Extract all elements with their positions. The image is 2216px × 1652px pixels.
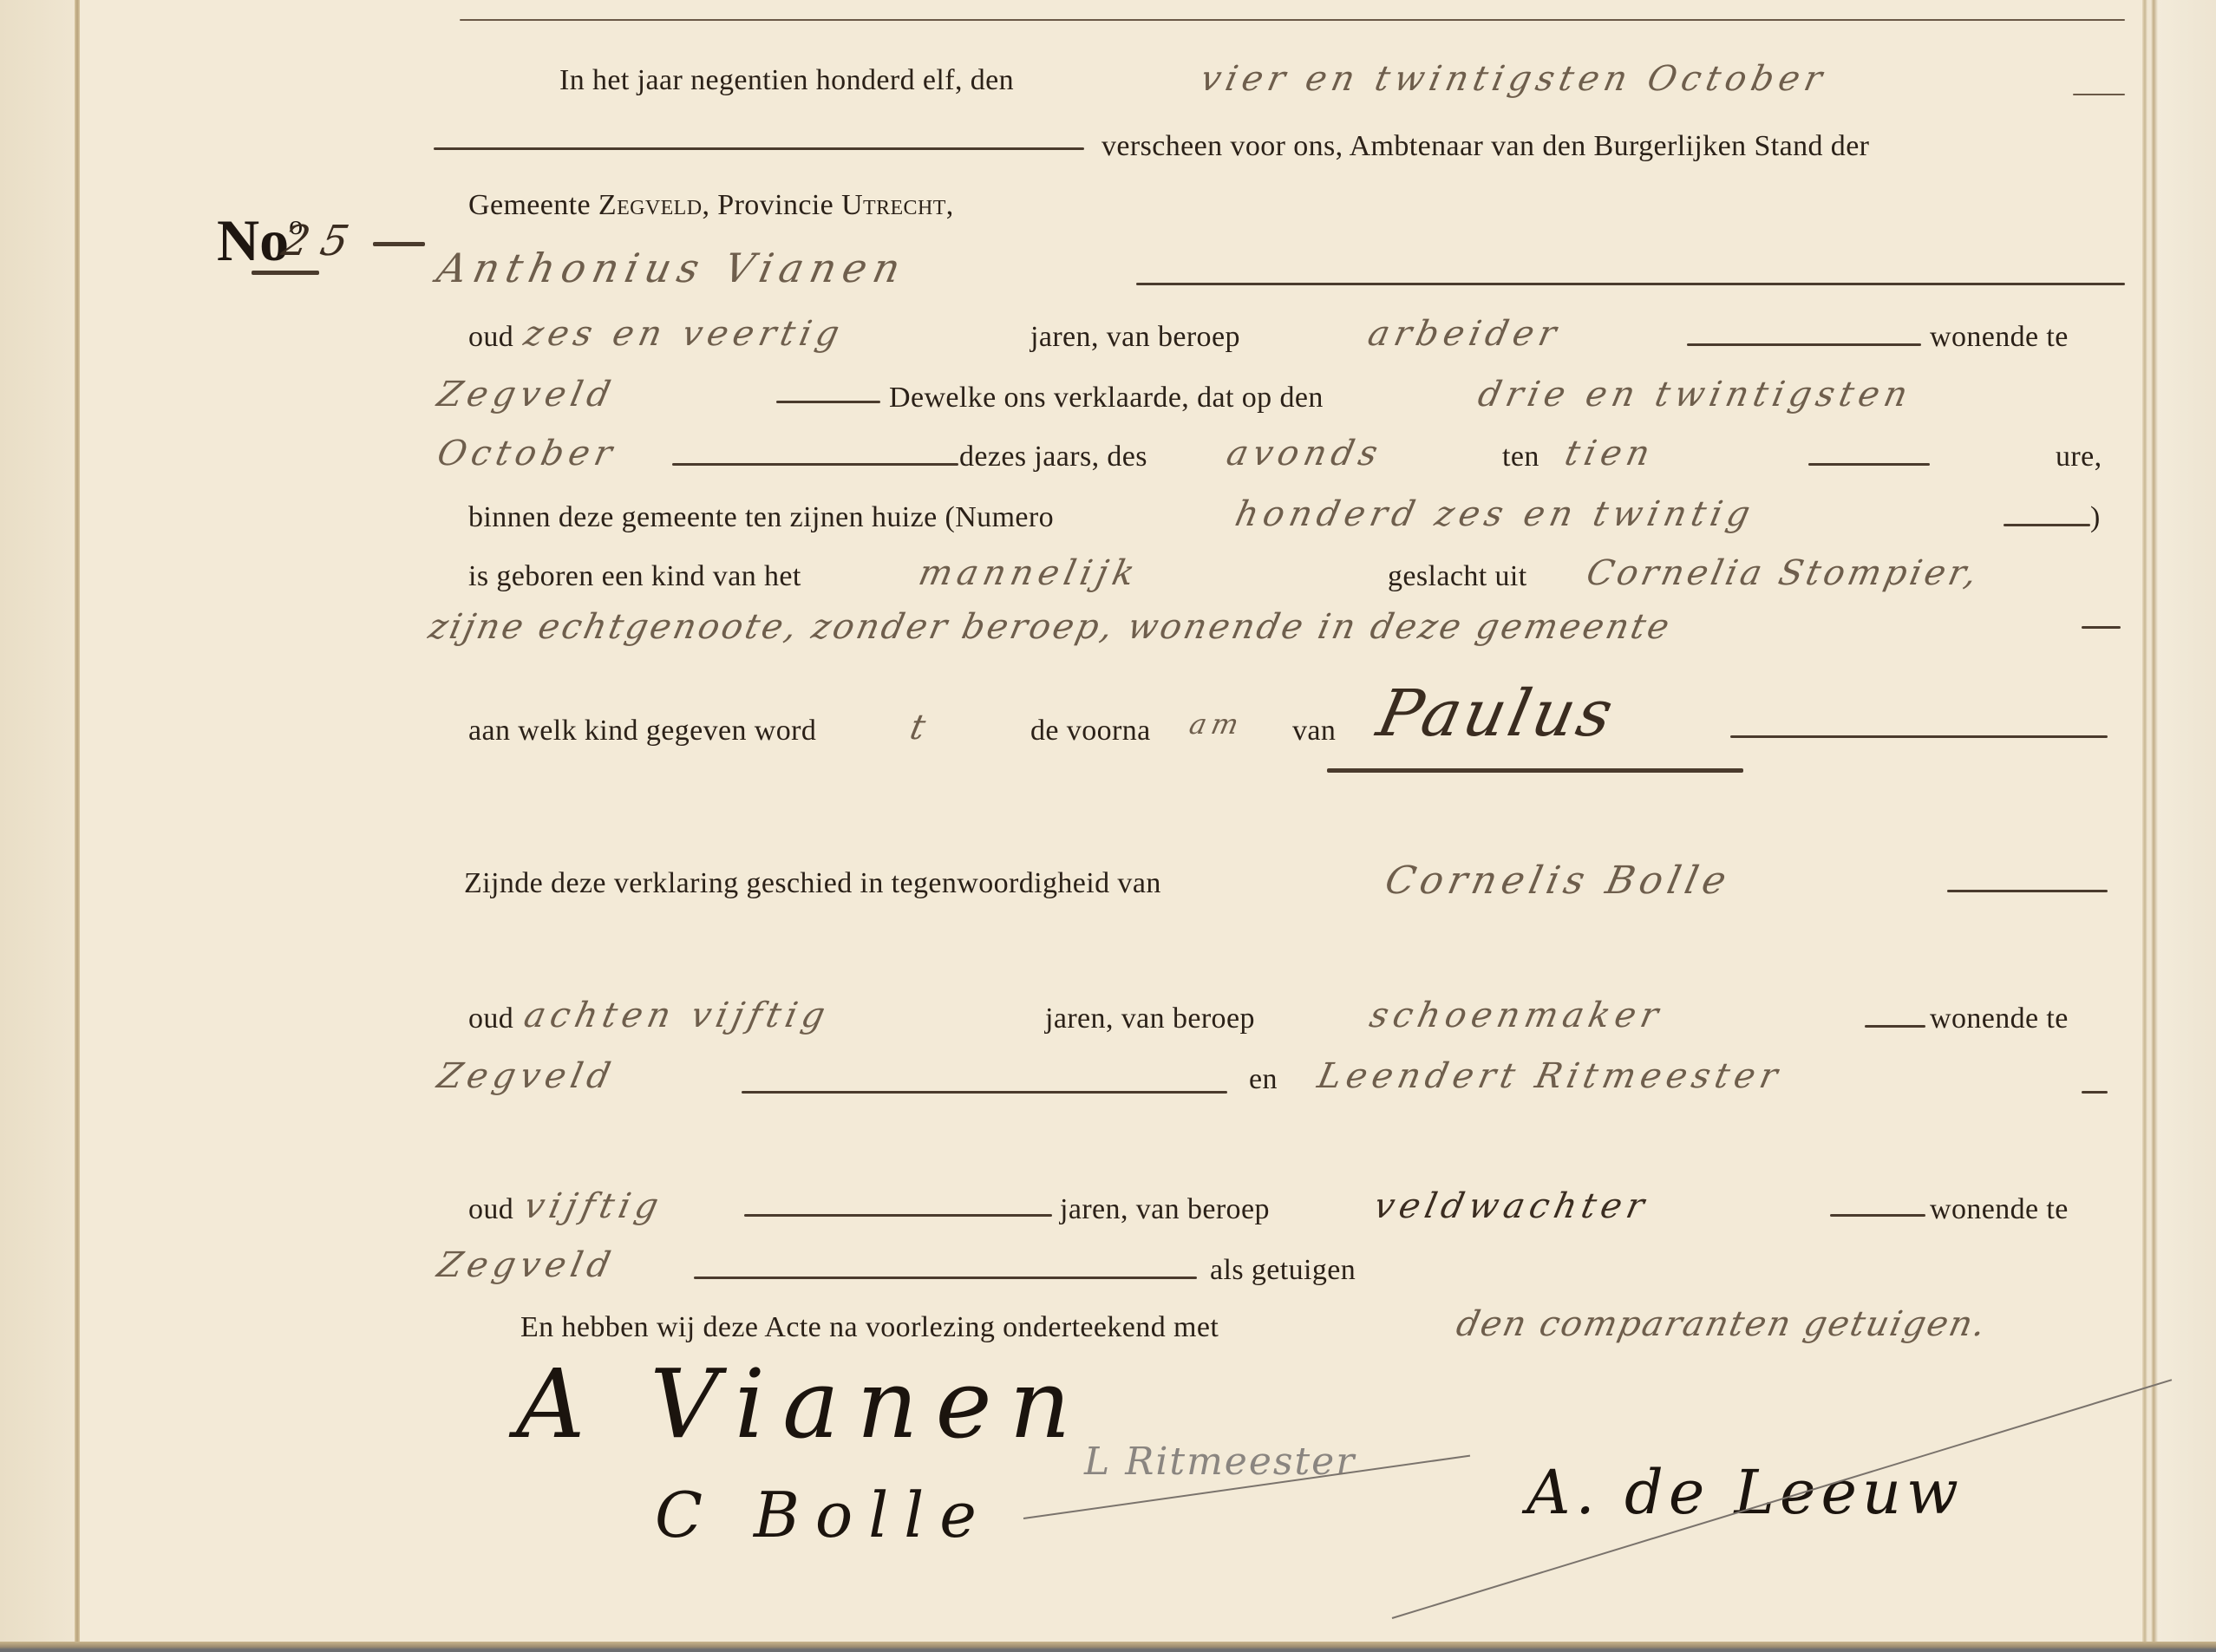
text-line-8: binnen deze gemeente ten zijnen huize (N… xyxy=(468,501,1054,534)
text-als-getuigen: als getuigen xyxy=(1210,1254,1356,1287)
fill-rule xyxy=(742,1091,1227,1094)
text-voornaam: de voorna xyxy=(1030,715,1151,748)
text-en: en xyxy=(1249,1063,1278,1096)
comma: , xyxy=(946,189,954,221)
witness1-name: Cornelis Bolle xyxy=(1382,859,1736,903)
fill-rule xyxy=(744,1214,1052,1217)
text-wonende-te: wonende te xyxy=(1930,321,2069,354)
fill-rule xyxy=(672,463,958,466)
declarant-occupation: arbeider xyxy=(1364,314,1565,354)
text-oud: oud xyxy=(468,321,513,354)
child-first-name: Paulus xyxy=(1371,676,1623,751)
text-provincie: , Provincie xyxy=(702,189,841,221)
signature-declarant: A Vianen xyxy=(516,1348,1088,1459)
text-oud: oud xyxy=(468,1002,513,1035)
text-line-9: is geboren een kind van het xyxy=(468,560,801,593)
declarant-age: zes en veertig xyxy=(520,314,847,354)
text-jaren-beroep: jaren, van beroep xyxy=(1045,1002,1255,1035)
text-line-2: verscheen voor ons, Ambtenaar van den Bu… xyxy=(1101,130,1869,163)
signature-witness1: C Bolle xyxy=(655,1479,992,1551)
declarant-residence: Zegveld xyxy=(434,375,619,415)
birth-time-of-day: avonds xyxy=(1223,434,1386,473)
child-name-underline xyxy=(1327,768,1743,773)
right-page-edge xyxy=(2142,0,2216,1652)
text-dezes-jaars: dezes jaars, des xyxy=(959,441,1147,473)
text-ure: ure, xyxy=(2056,441,2102,473)
child-sex: mannelijk xyxy=(915,553,1143,593)
fill-rule xyxy=(2073,94,2125,95)
mother-details: zijne echtgenoote, zonder beroep, wonend… xyxy=(425,607,1675,647)
fill-rule xyxy=(776,401,880,403)
house-number: honderd zes en twintig xyxy=(1232,494,1759,534)
text-jaren-beroep: jaren, van beroep xyxy=(1060,1193,1270,1226)
text-oud: oud xyxy=(468,1193,513,1226)
text-jaren-beroep: jaren, van beroep xyxy=(1030,321,1240,354)
certificate-page xyxy=(80,0,2170,1643)
declarant-name: Anthonius Vianen xyxy=(433,245,911,291)
birth-day: drie en twintigsten xyxy=(1474,375,1916,415)
left-page-margin xyxy=(0,0,80,1652)
text-geslacht-uit: geslacht uit xyxy=(1388,560,1527,593)
witness2-name: Leendert Ritmeester xyxy=(1314,1056,1786,1096)
province-name: Utrecht xyxy=(841,189,946,221)
witness2-occupation: veldwachter xyxy=(1370,1186,1653,1226)
witness1-residence: Zegveld xyxy=(434,1056,619,1096)
fill-rule xyxy=(1830,1214,1925,1217)
fill-rule xyxy=(2004,524,2090,526)
birth-hour: tien xyxy=(1561,434,1658,473)
fill-rule xyxy=(1730,735,2108,738)
fill-rule xyxy=(1136,283,2125,285)
bottom-page-edge xyxy=(0,1642,2216,1652)
record-number-dash xyxy=(373,242,425,246)
fill-rule xyxy=(1947,890,2108,892)
fill-rule xyxy=(1865,1025,1925,1028)
text-van: van xyxy=(1292,715,1336,748)
fill-rule xyxy=(694,1277,1197,1279)
municipality-name: Zegveld xyxy=(598,189,703,221)
mother-name: Cornelia Stompier, xyxy=(1583,553,1984,593)
text-line-12: Zijnde deze verklaring geschied in tegen… xyxy=(464,867,1161,900)
text-close-paren: ) xyxy=(2090,501,2101,534)
registration-date: vier en twintigsten October xyxy=(1197,59,1831,99)
fill-rule xyxy=(2082,626,2121,629)
text-gemeente: Gemeente xyxy=(468,189,598,221)
witness1-age: achten vijftig xyxy=(520,996,833,1035)
witness2-residence: Zegveld xyxy=(434,1245,619,1285)
fill-rule xyxy=(1808,463,1930,466)
text-line-1: In het jaar negentien honderd elf, den xyxy=(559,64,1014,97)
hand-am: am xyxy=(1186,708,1246,741)
text-ten: ten xyxy=(1502,441,1539,473)
text-line-18: En hebben wij deze Acte na voorlezing on… xyxy=(520,1311,1219,1344)
record-number-underline xyxy=(252,271,319,275)
fill-rule xyxy=(2082,1091,2108,1094)
signature-registrar: A. de Leeuw xyxy=(1526,1457,1964,1528)
signing-parties: den comparanten getuigen. xyxy=(1453,1304,1990,1344)
previous-record-rule xyxy=(460,19,2125,21)
record-number: 25 xyxy=(278,217,365,265)
text-line-11: aan welk kind gegeven word xyxy=(468,715,816,748)
witness1-occupation: schoenmaker xyxy=(1366,996,1667,1035)
fill-rule xyxy=(434,147,1084,150)
text-wonende-te: wonende te xyxy=(1930,1002,2069,1035)
text-line-3: Gemeente Zegveld, Provincie Utrecht, xyxy=(468,189,954,222)
witness2-age: vijftig xyxy=(520,1186,667,1226)
text-line-6: Dewelke ons verklaarde, dat op den xyxy=(889,382,1324,415)
birth-month: October xyxy=(434,434,621,473)
text-wonende-te: wonende te xyxy=(1930,1193,2069,1226)
fill-rule xyxy=(1687,343,1921,346)
